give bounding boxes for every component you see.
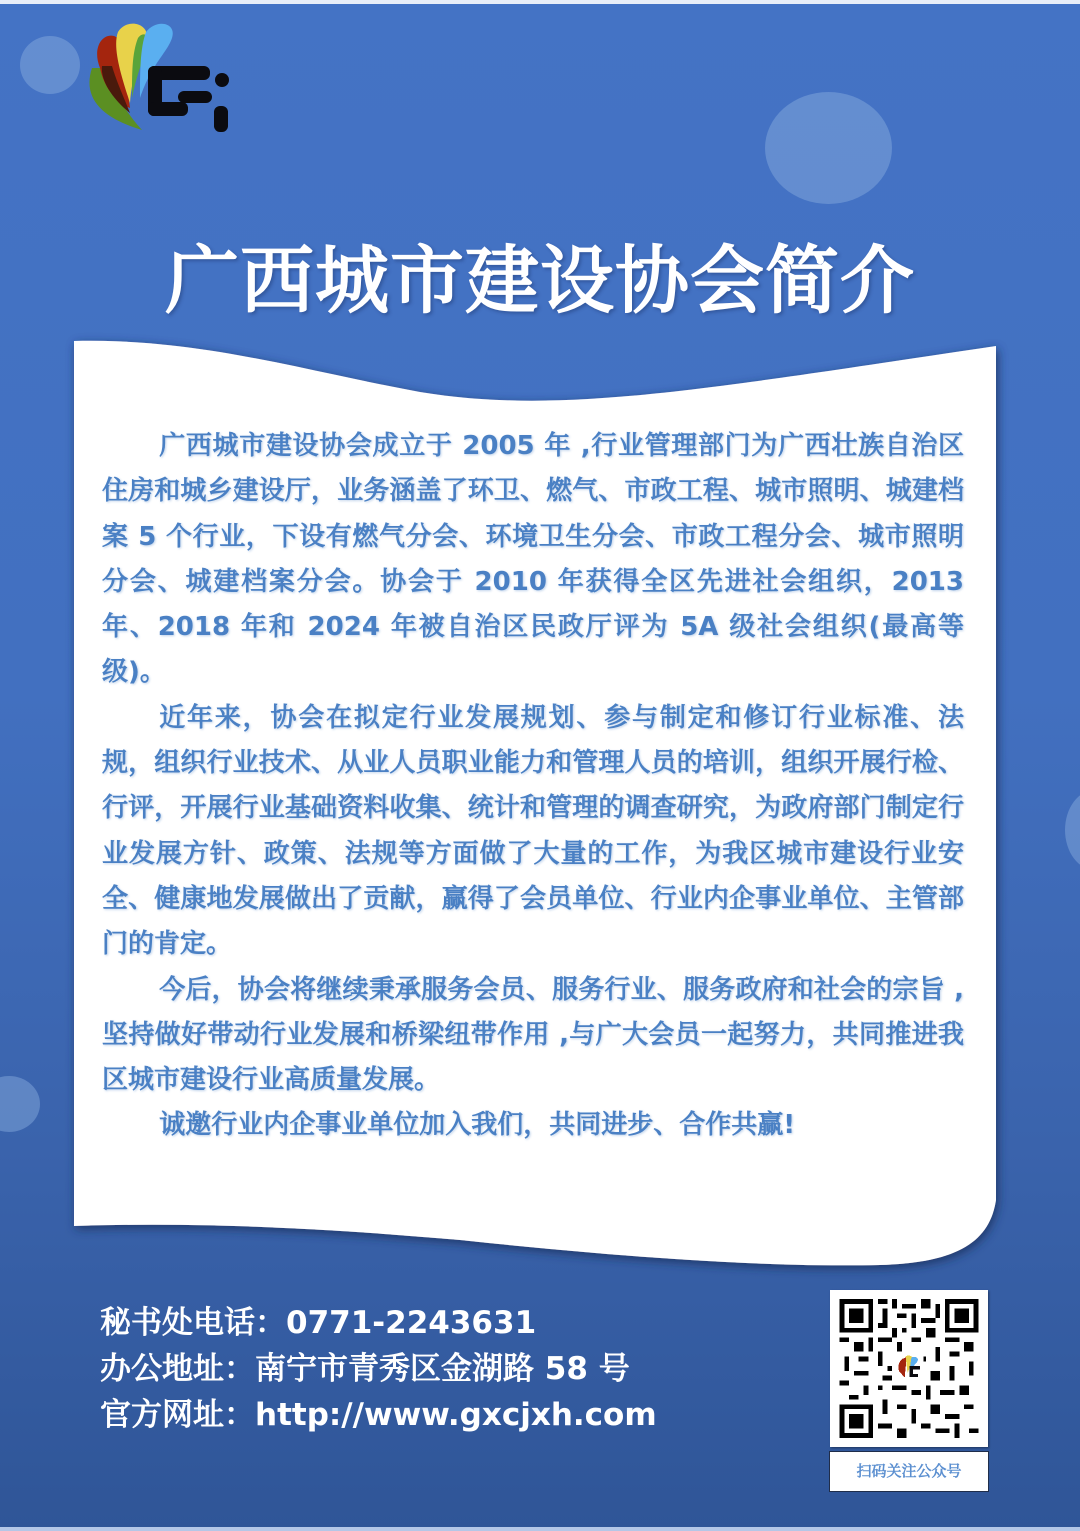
address-value: 南宁市青秀区金湖路 58 号: [255, 1351, 630, 1387]
address-row: 办公地址：南宁市青秀区金湖路 58 号: [100, 1346, 657, 1392]
qr-caption: 扫码关注公众号: [829, 1451, 989, 1492]
website-row: 官方网址：http://www.gxcjxh.com: [100, 1392, 657, 1438]
intro-paragraph: 近年来，协会在拟定行业发展规划、参与制定和修订行业标准、法规，组织行业技术、从业…: [102, 696, 964, 968]
intro-paragraph: 诚邀行业内企事业单位加入我们，共同进步、合作共赢!: [102, 1103, 964, 1148]
intro-paragraph: 广西城市建设协会成立于 2005 年 ,行业管理部门为广西壮族自治区住房和城乡建…: [102, 424, 964, 696]
intro-paragraph: 今后，协会将继续秉承服务会员、服务行业、服务政府和社会的宗旨 ,坚持做好带动行业…: [102, 968, 964, 1104]
phone-row: 秘书处电话：0771-2243631: [100, 1300, 657, 1346]
contact-info: 秘书处电话：0771-2243631 办公地址：南宁市青秀区金湖路 58 号 官…: [100, 1300, 657, 1438]
website-link[interactable]: http://www.gxcjxh.com: [255, 1397, 657, 1433]
phone-label: 秘书处电话：: [100, 1305, 286, 1341]
phone-number: 0771-2243631: [286, 1305, 536, 1341]
intro-text: 广西城市建设协会成立于 2005 年 ,行业管理部门为广西壮族自治区住房和城乡建…: [102, 424, 964, 1149]
address-label: 办公地址：: [100, 1351, 255, 1387]
website-label: 官方网址：: [100, 1397, 255, 1433]
qr-code-icon: [839, 1299, 979, 1438]
qr-code: [830, 1290, 988, 1447]
